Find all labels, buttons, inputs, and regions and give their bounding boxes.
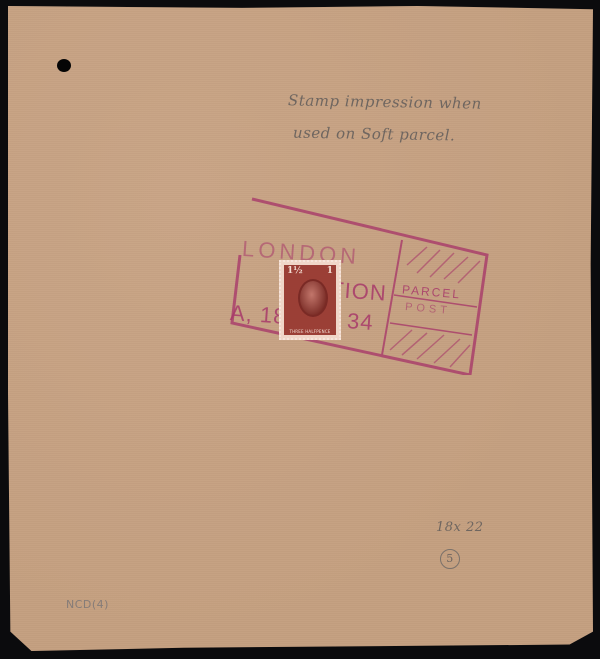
stamp-value-left: 1½ (287, 266, 303, 276)
reference-note: NCD(4) (66, 598, 109, 611)
parcel-post-postmark: LONDON SECTION A, 18 SEP 34 PARCEL POST (222, 195, 492, 375)
king-portrait-icon (298, 279, 328, 317)
postage-stamp: 1½ 1 THREE HALFPENCE (279, 260, 341, 340)
stamp-caption: THREE HALFPENCE (286, 329, 334, 334)
circled-number: 5 (440, 549, 460, 569)
pencil-annotation-line-2: used on Soft parcel. (293, 124, 456, 145)
pencil-annotation-line-1: Stamp impression when (288, 91, 482, 112)
size-note: 18x 22 (436, 520, 484, 535)
stamp-value-right: 1 (327, 266, 333, 276)
punch-hole (57, 59, 71, 72)
